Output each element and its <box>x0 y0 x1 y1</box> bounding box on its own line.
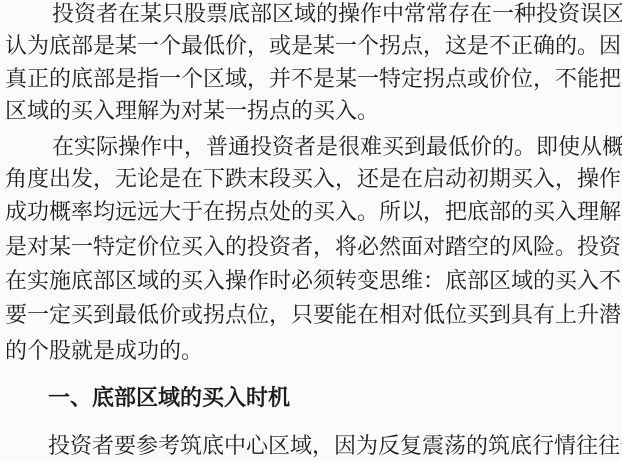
paragraph-1-line-4: 区域的买入理解为对某一拐点的买入。 <box>5 97 609 127</box>
section-heading: 一、底部区域的买入时机 <box>48 384 290 414</box>
paragraph-3-line-1: 投资者要参考筑底中心区域，因为反复震荡的筑底行情往往会 <box>48 432 609 462</box>
paragraph-2-line-5: 在实施底部区域的买入操作时必须转变思维：底部区域的买入不需 <box>5 267 609 297</box>
paragraph-2-line-3: 成功概率均远远大于在拐点处的买入。所以，把底部的买入理解为 <box>5 198 609 228</box>
paragraph-1-line-3: 真正的底部是指一个区域，并不是某一特定拐点或价位，不能把底部 <box>5 65 609 95</box>
document-page: 投资者在某只股票底部区域的操作中常常存在一种投资误区： 认为底部是某一个最低价，… <box>0 0 622 462</box>
paragraph-2-line-2: 角度出发，无论是在下跌末段买入，还是在启动初期买入，操作的 <box>5 165 609 195</box>
paragraph-2-line-4: 是对某一特定价位买入的投资者，将必然面对踏空的风险。投资者 <box>5 233 609 263</box>
paragraph-1-line-2: 认为底部是某一个最低价，或是某一个拐点，这是不正确的。因为 <box>5 32 609 62</box>
paragraph-2-line-7: 的个股就是成功的。 <box>5 337 609 367</box>
paragraph-2-line-1: 在实际操作中，普通投资者是很难买到最低价的。即使从概率 <box>52 133 609 163</box>
paragraph-1-line-1: 投资者在某只股票底部区域的操作中常常存在一种投资误区： <box>52 0 609 30</box>
paragraph-2-line-6: 要一定买到最低价或拐点位，只要能在相对低位买到具有上升潜力 <box>5 301 609 331</box>
